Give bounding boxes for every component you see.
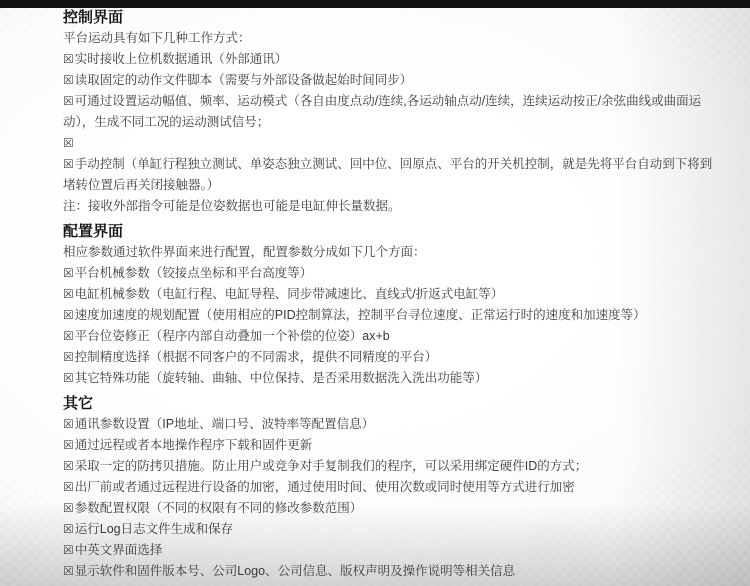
bullet-item: ☒ [63, 133, 713, 154]
item-text: 采取一定的防拷贝措施。防止用户或竞争对手复制我们的程序，可以采用绑定硬件ID的方… [75, 459, 588, 473]
bullet-item: ☒中英文界面选择 [63, 540, 713, 561]
ballot-x-icon: ☒ [63, 438, 74, 452]
ballot-x-icon: ☒ [63, 543, 74, 557]
item-text: 读取固定的动作文件脚本（需要与外部设备做起始时间同步） [75, 73, 413, 87]
bullet-item: ☒通过远程或者本地操作程序下载和固件更新 [63, 435, 713, 456]
ballot-x-icon: ☒ [63, 136, 74, 150]
item-text: 平台位姿修正（程序内部自动叠加一个补偿的位姿）ax+b [75, 329, 390, 343]
ballot-x-icon: ☒ [63, 94, 74, 108]
bullet-item: ☒速度加速度的规划配置（使用相应的PID控制算法，控制平台寻位速度、正常运行时的… [63, 305, 713, 326]
item-text: 参数配置权限（不同的权限有不同的修改参数范围） [75, 501, 363, 515]
item-text: 通过远程或者本地操作程序下载和固件更新 [75, 438, 313, 452]
ballot-x-icon: ☒ [63, 564, 74, 578]
bullet-item: ☒手动控制（单缸行程独立测试、单姿态独立测试、回中位、回原点、平台的开关机控制，… [63, 154, 713, 196]
bullet-item: ☒控制精度选择（根据不同客户的不同需求，提供不同精度的平台） [63, 347, 713, 368]
item-text: 其它特殊功能（旋转轴、曲轴、中位保持、是否采用数据洗入洗出功能等） [75, 371, 488, 385]
item-text: 平台机械参数（铰接点坐标和平台高度等） [75, 266, 313, 280]
ballot-x-icon: ☒ [63, 480, 74, 494]
ballot-x-icon: ☒ [63, 417, 74, 431]
bullet-item: ☒参数配置权限（不同的权限有不同的修改参数范围） [63, 498, 713, 519]
section-intro: 平台运动具有如下几种工作方式： [63, 28, 713, 49]
bullet-item: ☒可通过设置运动幅值、频率、运动模式（各自由度点动/连续,各运动轴点动/连续，连… [63, 91, 713, 133]
item-text: 运行Log日志文件生成和保存 [75, 522, 233, 536]
bullet-item: ☒显示软件和固件版本号、公司Logo、公司信息、版权声明及操作说明等相关信息 [63, 561, 713, 582]
bullet-item: ☒电缸机械参数（电缸行程、电缸导程、同步带减速比、直线式/折返式电缸等） [63, 284, 713, 305]
section-config-interface: 配置界面相应参数通过软件界面来进行配置，配置参数分成如下几个方面：☒平台机械参数… [63, 222, 713, 389]
ballot-x-icon: ☒ [63, 329, 74, 343]
ballot-x-icon: ☒ [63, 157, 74, 171]
item-text: 手动控制（单缸行程独立测试、单姿态独立测试、回中位、回原点、平台的开关机控制，就… [63, 157, 712, 192]
section-intro: 相应参数通过软件界面来进行配置，配置参数分成如下几个方面： [63, 242, 713, 263]
slide: 控制界面平台运动具有如下几种工作方式：☒实时接收上位机数据通讯（外部通讯）☒读取… [0, 0, 750, 586]
item-text: 显示软件和固件版本号、公司Logo、公司信息、版权声明及操作说明等相关信息 [75, 564, 515, 578]
item-text: 实时接收上位机数据通讯（外部通讯） [75, 52, 288, 66]
section-note: 注：接收外部指令可能是位姿数据也可能是电缸伸长量数据。 [63, 196, 713, 217]
item-text: 电缸机械参数（电缸行程、电缸导程、同步带减速比、直线式/折返式电缸等） [75, 287, 503, 301]
item-text: 中英文界面选择 [75, 543, 163, 557]
ballot-x-icon: ☒ [63, 308, 74, 322]
item-text: 通讯参数设置（IP地址、端口号、波特率等配置信息） [75, 417, 374, 431]
ballot-x-icon: ☒ [63, 266, 74, 280]
bullet-item: ☒出厂前或者通过远程进行设备的加密，通过使用时间、使用次数或同时使用等方式进行加… [63, 477, 713, 498]
ballot-x-icon: ☒ [63, 287, 74, 301]
ballot-x-icon: ☒ [63, 459, 74, 473]
top-bar [0, 0, 750, 8]
ballot-x-icon: ☒ [63, 522, 74, 536]
ballot-x-icon: ☒ [63, 350, 74, 364]
bullet-item: ☒通讯参数设置（IP地址、端口号、波特率等配置信息） [63, 414, 713, 435]
ballot-x-icon: ☒ [63, 73, 74, 87]
slide-content: 控制界面平台运动具有如下几种工作方式：☒实时接收上位机数据通讯（外部通讯）☒读取… [63, 8, 713, 586]
ballot-x-icon: ☒ [63, 371, 74, 385]
bullet-item: ☒平台机械参数（铰接点坐标和平台高度等） [63, 263, 713, 284]
section-title: 其它 [63, 394, 713, 414]
section-title: 配置界面 [63, 222, 713, 242]
section-title: 控制界面 [63, 8, 713, 28]
bullet-item: ☒平台位姿修正（程序内部自动叠加一个补偿的位姿）ax+b [63, 326, 713, 347]
bullet-item: ☒采取一定的防拷贝措施。防止用户或竞争对手复制我们的程序，可以采用绑定硬件ID的… [63, 456, 713, 477]
section-control-interface: 控制界面平台运动具有如下几种工作方式：☒实时接收上位机数据通讯（外部通讯）☒读取… [63, 8, 713, 217]
item-text: 控制精度选择（根据不同客户的不同需求，提供不同精度的平台） [75, 350, 438, 364]
ballot-x-icon: ☒ [63, 501, 74, 515]
bullet-item: ☒读取固定的动作文件脚本（需要与外部设备做起始时间同步） [63, 70, 713, 91]
bullet-item: ☒运行Log日志文件生成和保存 [63, 519, 713, 540]
item-text: 可通过设置运动幅值、频率、运动模式（各自由度点动/连续,各运动轴点动/连续，连续… [63, 94, 701, 129]
item-text: 出厂前或者通过远程进行设备的加密，通过使用时间、使用次数或同时使用等方式进行加密 [75, 480, 575, 494]
section-others: 其它☒通讯参数设置（IP地址、端口号、波特率等配置信息）☒通过远程或者本地操作程… [63, 394, 713, 582]
ballot-x-icon: ☒ [63, 52, 74, 66]
bullet-item: ☒其它特殊功能（旋转轴、曲轴、中位保持、是否采用数据洗入洗出功能等） [63, 368, 713, 389]
bullet-item: ☒实时接收上位机数据通讯（外部通讯） [63, 49, 713, 70]
item-text: 速度加速度的规划配置（使用相应的PID控制算法，控制平台寻位速度、正常运行时的速… [75, 308, 646, 322]
